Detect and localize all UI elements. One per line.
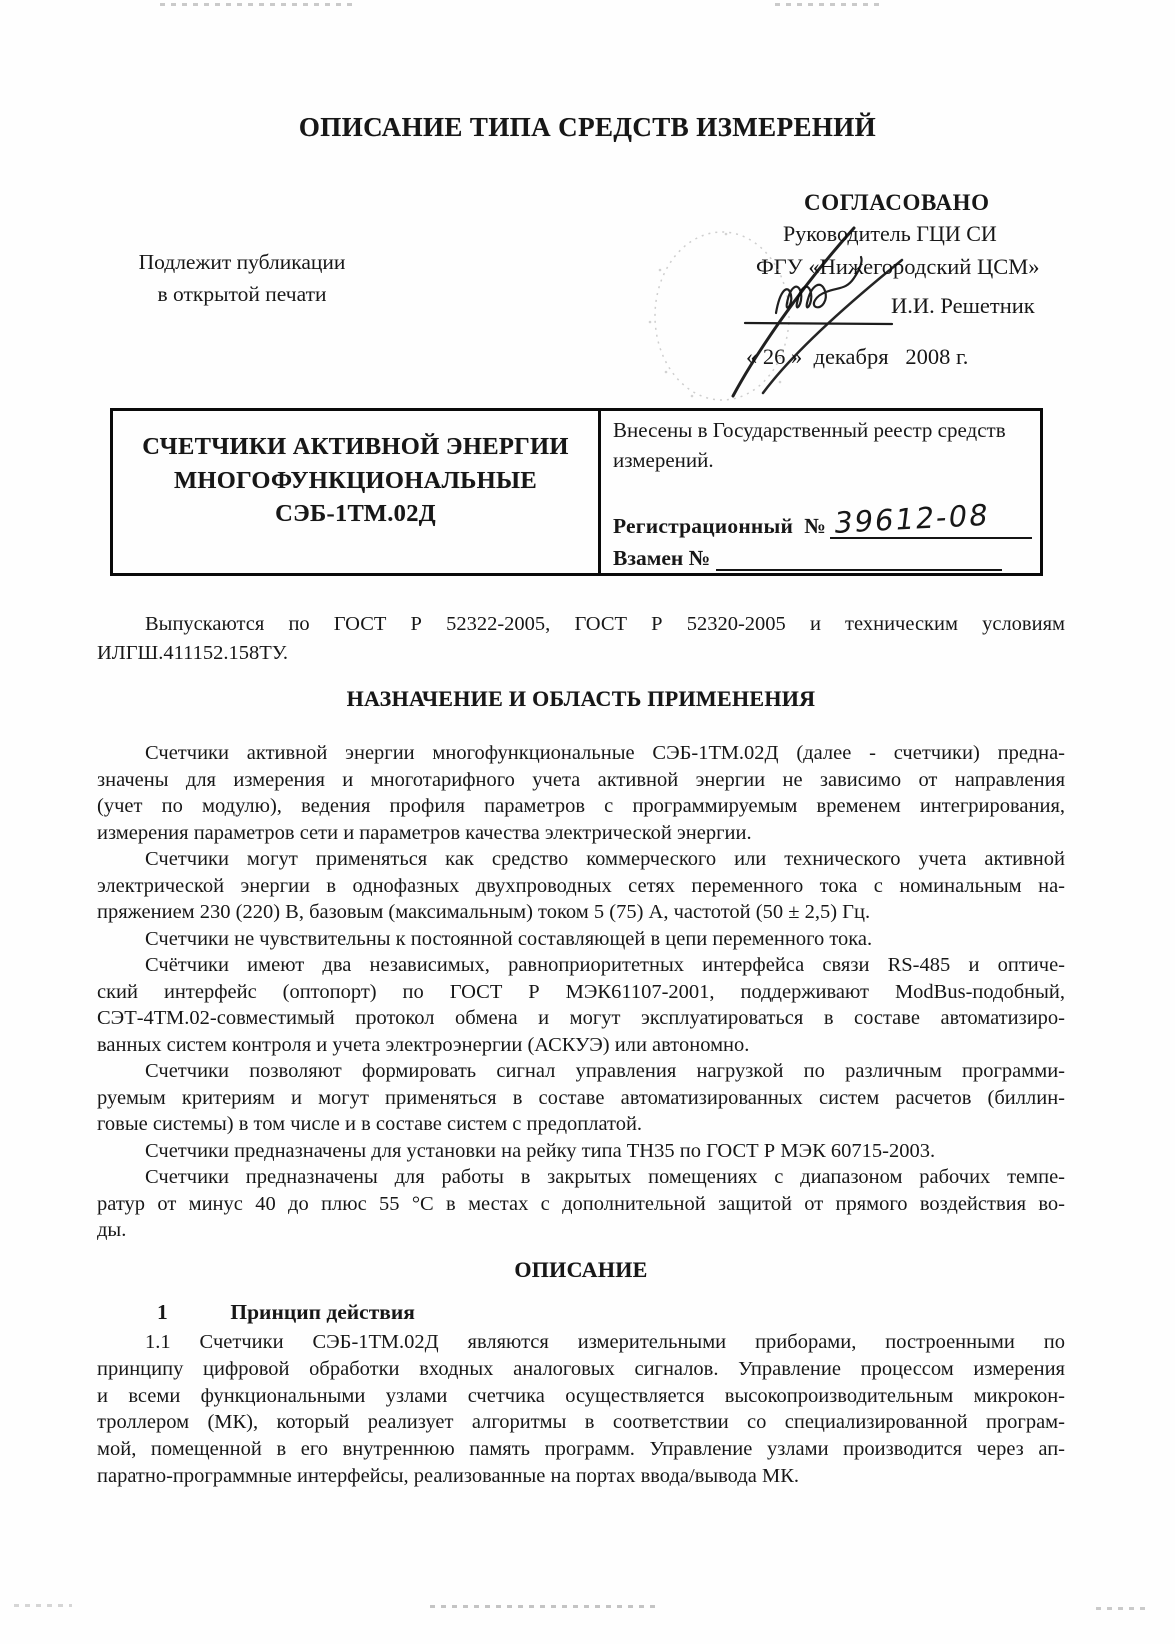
text-line: ванных систем контроля и учета электроэн… [97, 1032, 1065, 1059]
paragraph: Счётчики имеют два независимых, равнопри… [97, 952, 1065, 1058]
subsection-title: Принцип действия [230, 1300, 415, 1324]
scan-artifact [775, 3, 880, 6]
registry-table: СЧЕТЧИКИ АКТИВНОЙ ЭНЕРГИИ МНОГОФУНКЦИОНА… [110, 408, 1043, 576]
registration-number-handwritten: 39612-08 [832, 498, 992, 540]
paragraph: Счетчики предназначены для установки на … [97, 1138, 1065, 1165]
text-line: 1.1 Счетчики СЭБ-1ТМ.02Д являются измери… [97, 1329, 1065, 1356]
text-line: значены для измерения и многотарифного у… [97, 767, 1065, 794]
registry-entry-cell: Внесены в Государственный реестр средств… [601, 411, 1040, 573]
subsection-number: 1 [157, 1300, 225, 1325]
paragraph: Счетчики позволяют формировать сигнал уп… [97, 1058, 1065, 1138]
text-line: Счетчики могут применяться как средство … [97, 846, 1065, 873]
text-line: ратур от минус 40 до плюс 55 °С в местах… [97, 1191, 1065, 1218]
device-name-line: СЭБ-1ТМ.02Д [113, 497, 598, 531]
signature [733, 228, 902, 396]
text-line: говые системы) в том числе и в составе с… [97, 1111, 1065, 1138]
device-name: СЧЕТЧИКИ АКТИВНОЙ ЭНЕРГИИ МНОГОФУНКЦИОНА… [113, 411, 601, 573]
text-line: ский интерфейс (оптопорт) по ГОСТ Р МЭК6… [97, 979, 1065, 1006]
text-line: пряжением 230 (220) В, базовым (максимал… [97, 899, 1065, 926]
publication-note: Подлежит публикации в открытой печати [128, 246, 356, 310]
replaces-label: Взамен № [613, 546, 710, 571]
text-line: принципу цифровой обработки входных анал… [97, 1356, 1065, 1383]
paragraph-1-1: 1.1 Счетчики СЭБ-1ТМ.02Д являются измери… [97, 1329, 1065, 1490]
device-name-line: МНОГОФУНКЦИОНАЛЬНЫЕ [113, 464, 598, 498]
text-line: паратно-программные интерфейсы, реализов… [97, 1463, 1065, 1490]
registry-entry-line: измерений. [613, 445, 1034, 475]
stamp-dots [649, 233, 782, 398]
registration-underline: 39612-08 [830, 501, 1032, 539]
standards-paragraph: Выпускаются по ГОСТ Р 52322-2005, ГОСТ Р… [97, 610, 1065, 667]
scan-artifact [160, 3, 355, 6]
text-line: (учет по модулю), ведения профиля параме… [97, 793, 1065, 820]
replaces-row: Взамен № [613, 546, 1002, 571]
text-line: ды. [97, 1217, 1065, 1244]
paragraph: Счетчики могут применяться как средство … [97, 846, 1065, 926]
text-line: СЭТ-4ТМ.02-совместимый протокол обмена и… [97, 1005, 1065, 1032]
text-line: Счетчики предназначены для установки на … [97, 1138, 1065, 1165]
publication-note-line1: Подлежит публикации [128, 246, 356, 278]
replaces-underline [716, 548, 1002, 572]
signature-and-stamp [630, 210, 940, 405]
paragraph: Счетчики активной энергии многофункциона… [97, 740, 1065, 846]
text-line: измерения параметров сети и параметров к… [97, 820, 1065, 847]
publication-note-line2: в открытой печати [128, 278, 356, 310]
scan-artifact [1096, 1607, 1148, 1610]
paragraph: Счетчики не чувствительны к постоянной с… [97, 926, 1065, 953]
scan-artifact [14, 1604, 72, 1607]
scan-artifact [430, 1605, 655, 1608]
text-line: Счётчики имеют два независимых, равнопри… [97, 952, 1065, 979]
text-line: Счетчики предназначены для работы в закр… [97, 1164, 1065, 1191]
text-line: электрической энергии в однофазных двухп… [97, 873, 1065, 900]
paragraph: Счетчики предназначены для работы в закр… [97, 1164, 1065, 1244]
purpose-heading: НАЗНАЧЕНИЕ И ОБЛАСТЬ ПРИМЕНЕНИЯ [97, 686, 1065, 712]
registry-entry-note: Внесены в Государственный реестр средств… [613, 415, 1034, 475]
registration-row: Регистрационный № 39612-08 [613, 501, 1032, 539]
registration-label: Регистрационный № [613, 514, 826, 539]
text-line: троллером (МК), который реализует алгори… [97, 1409, 1065, 1436]
text-line: Выпускаются по ГОСТ Р 52322-2005, ГОСТ Р… [97, 610, 1065, 639]
text-line: ИЛГШ.411152.158ТУ. [97, 639, 1065, 668]
registry-entry-line: Внесены в Государственный реестр средств [613, 415, 1034, 445]
purpose-paragraphs: Счетчики активной энергии многофункциона… [97, 740, 1065, 1244]
text-line: Счетчики позволяют формировать сигнал уп… [97, 1058, 1065, 1085]
description-heading: ОПИСАНИЕ [97, 1257, 1065, 1283]
text-line: руемым критериям и могут применяться в с… [97, 1085, 1065, 1112]
stamp-mark [655, 232, 789, 400]
text-line: мой, помещенной в его внутреннюю память … [97, 1436, 1065, 1463]
text-line: Счетчики активной энергии многофункциона… [97, 740, 1065, 767]
subsection-title-row: 1 Принцип действия [97, 1300, 415, 1325]
page-title: ОПИСАНИЕ ТИПА СРЕДСТВ ИЗМЕРЕНИЙ [0, 112, 1175, 143]
device-name-line: СЧЕТЧИКИ АКТИВНОЙ ЭНЕРГИИ [113, 430, 598, 464]
text-line: Счетчики не чувствительны к постоянной с… [97, 926, 1065, 953]
text-line: и всеми функциональными узлами счетчика … [97, 1383, 1065, 1410]
document-page: ОПИСАНИЕ ТИПА СРЕДСТВ ИЗМЕРЕНИЙ Подлежит… [0, 0, 1175, 1644]
